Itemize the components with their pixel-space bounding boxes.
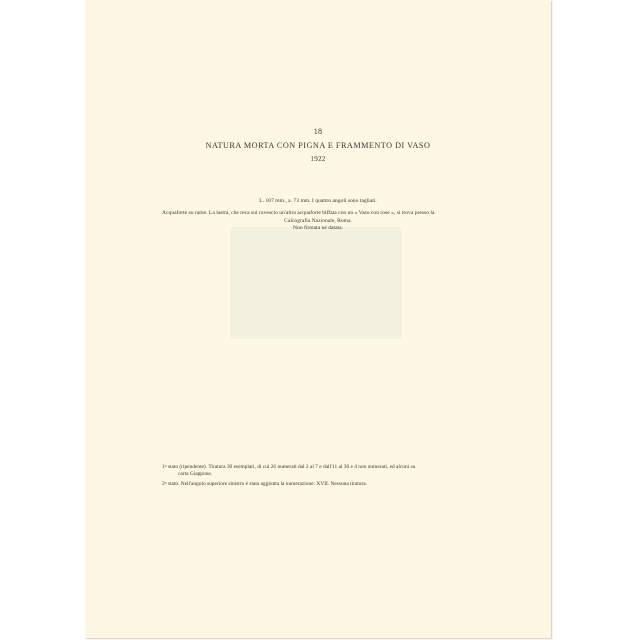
state-continuation: carta Giappone. [162, 471, 482, 478]
catalog-number: 18 [85, 127, 551, 136]
document-page: 18 NATURA MORTA CON PIGNA E FRAMMENTO DI… [85, 0, 551, 638]
state-text: stato (ripendente). Tiratura 30 esemplar… [168, 464, 415, 470]
artwork-title: NATURA MORTA CON PIGNA E FRAMMENTO DI VA… [85, 141, 551, 150]
state-ordinal-suffix: o [165, 464, 167, 468]
etching-plate-image [230, 227, 402, 339]
state-entry: 2o stato. Nell'angolo superiore sinistro… [162, 481, 482, 488]
artwork-dimensions: L. 107 mm., a. 73 mm. I quattro angoli s… [85, 198, 551, 204]
description-line-1: Acquaforte su rame. La lastra, che reca … [162, 210, 474, 218]
state-ordinal-suffix: o [165, 481, 167, 485]
state-entry: 1o stato (ripendente). Tiratura 30 esemp… [162, 464, 482, 478]
description-line-2: Calcografia Nazionale, Roma. [162, 218, 474, 226]
artwork-year: 1922 [85, 155, 551, 163]
description-line-3: Non firmata né datata. [162, 225, 474, 233]
state-text: stato. Nell'angolo superiore sinistro è … [168, 481, 367, 487]
artwork-description: Acquaforte su rame. La lastra, che reca … [162, 210, 474, 233]
print-states: 1o stato (ripendente). Tiratura 30 esemp… [162, 464, 482, 492]
